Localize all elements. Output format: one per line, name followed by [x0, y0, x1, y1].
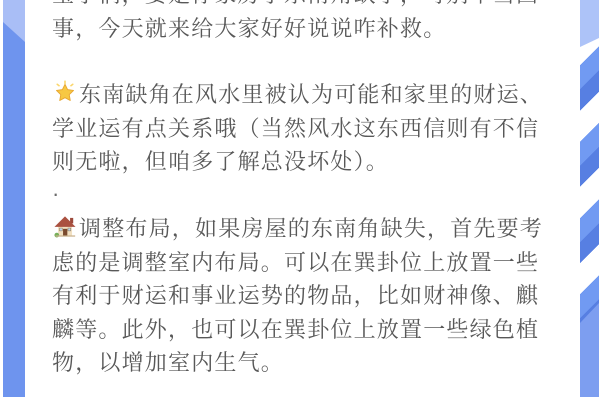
text-line: 物，以增加室内生气。: [52, 346, 543, 380]
text-line: 东南缺角在风水里被认为可能和家里的财运、: [52, 78, 543, 112]
right-ribbon-decoration: [580, 0, 599, 397]
text-line: 调整布局，如果房屋的东南角缺失，首先要考: [52, 212, 543, 246]
right-ribbon-highlight: [580, 0, 599, 48]
text-line: 事，今天就来给大家好好说说咋补救。: [52, 12, 539, 46]
article-card: 宝子们，要是你家房子东南角缺了，可别不当回 事，今天就来给大家好好说说咋补救。 …: [0, 0, 600, 400]
paragraph-layout: 调整布局，如果房屋的东南角缺失，首先要考 虑的是调整室内布局。可以在巽卦位上放置…: [52, 212, 543, 380]
text-line: 虑的是调整室内布局。可以在巽卦位上放置一些: [52, 246, 543, 280]
left-ribbon-decoration: [3, 0, 25, 397]
clipped-text-line: 宝子们，要是你家房子东南角缺了，可别不当回: [52, 0, 539, 12]
text-line: 则无啦，但咱多了解总没坏处）。: [52, 145, 543, 179]
text-line: 麟等。此外，也可以在巽卦位上放置一些绿色植: [52, 313, 543, 347]
text-line: 学业运有点关系哦（当然风水这东西信则有不信: [52, 112, 543, 146]
right-ribbon-bottom-segment: [580, 303, 599, 397]
left-ribbon-highlight: [3, 0, 25, 46]
glowing-star-icon: [52, 80, 78, 105]
separator-dot: ·: [52, 177, 61, 211]
text-line-fragment: 调整布局，如果房屋的东南角缺失，首先要考: [79, 216, 543, 241]
paragraph-fengshui: 东南缺角在风水里被认为可能和家里的财运、 学业运有点关系哦（当然风水这东西信则有…: [52, 78, 543, 179]
text-line: 有利于财运和事业运势的物品，比如财神像、麒: [52, 279, 543, 313]
paragraph-intro: 宝子们，要是你家房子东南角缺了，可别不当回 事，今天就来给大家好好说说咋补救。: [52, 0, 539, 45]
house-icon: [52, 214, 78, 239]
text-line-fragment: 东南缺角在风水里被认为可能和家里的财运、: [79, 82, 543, 107]
